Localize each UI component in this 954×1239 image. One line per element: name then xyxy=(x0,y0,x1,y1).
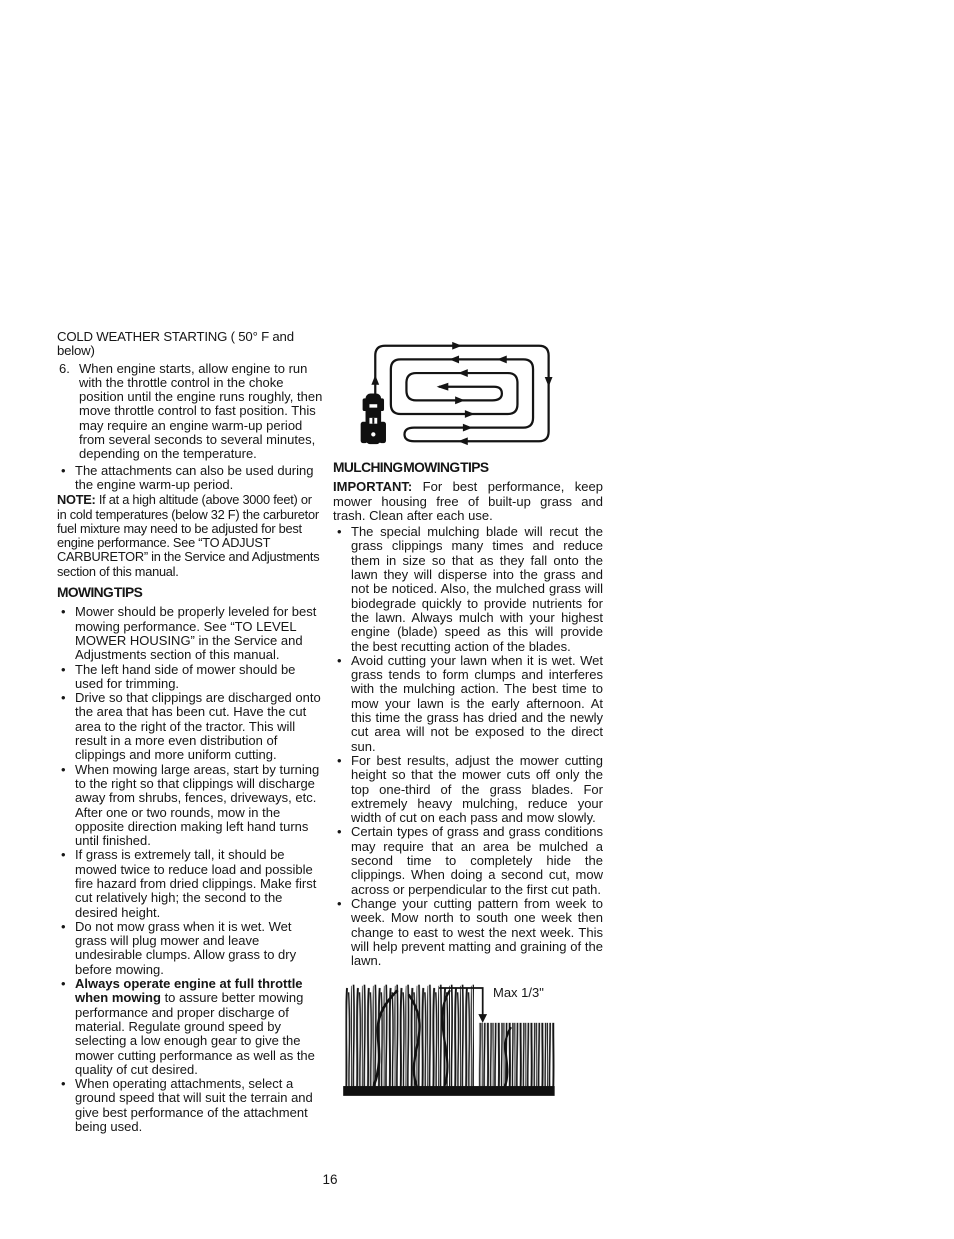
grass-height-figure: Max 1/3" xyxy=(341,977,559,1097)
list-item: The special mulching blade will recut th… xyxy=(333,525,603,654)
tractor-icon xyxy=(361,394,386,445)
cold-weather-heading: COLD WEATHER STARTING ( 50° F and below) xyxy=(57,330,323,359)
cold-weather-bullets: The attachments can also be used during … xyxy=(57,464,323,493)
note-text: If at a high altitude (above 3000 feet) … xyxy=(57,492,319,578)
mowing-pattern-figure xyxy=(351,338,569,450)
mowing-tips-heading: MOWING TIPS xyxy=(57,586,323,600)
numbered-step: 6. When engine starts, allow engine to r… xyxy=(57,362,323,462)
left-column: COLD WEATHER STARTING ( 50° F and below)… xyxy=(57,330,323,1134)
cut-grass xyxy=(478,1023,554,1091)
page-number: 16 xyxy=(300,1172,360,1187)
bullet-text: Mower should be properly leveled for bes… xyxy=(75,604,316,662)
bullet-text: If grass is extremely tall, it should be… xyxy=(75,847,316,919)
tall-grass xyxy=(345,985,474,1091)
list-item-full-throttle: Always operate engine at full throttle w… xyxy=(57,977,323,1077)
note-paragraph: NOTE: If at a high altitude (above 3000 … xyxy=(57,493,323,579)
soil-band xyxy=(343,1086,554,1096)
bullet-text: Drive so that clippings are discharged o… xyxy=(75,690,321,762)
bullet-text: Change your cutting pattern from week to… xyxy=(351,896,603,968)
bullet-text: The attachments can also be used during … xyxy=(75,463,313,492)
list-item: When mowing large areas, start by turnin… xyxy=(57,763,323,849)
mowing-tips-list: Mower should be properly leveled for bes… xyxy=(57,605,323,1134)
list-item: Certain types of grass and grass conditi… xyxy=(333,825,603,896)
bullet-text: Certain types of grass and grass conditi… xyxy=(351,824,603,896)
list-item: The left hand side of mower should be us… xyxy=(57,663,323,692)
important-label: IMPORTANT: xyxy=(333,479,412,494)
bullet-text: When operating attachments, select a gro… xyxy=(75,1076,313,1134)
important-paragraph: IMPORTANT: For best performance, keep mo… xyxy=(333,480,603,523)
mulching-tips-list: The special mulching blade will recut th… xyxy=(333,525,603,968)
step-text: When engine starts, allow engine to run … xyxy=(79,361,322,462)
bullet-item: The attachments can also be used during … xyxy=(57,464,323,493)
mulching-tips-heading: MULCHING MOWING TIPS xyxy=(333,461,603,475)
manual-page: COLD WEATHER STARTING ( 50° F and below)… xyxy=(0,0,954,1239)
list-item: Change your cutting pattern from week to… xyxy=(333,897,603,968)
list-item: Mower should be properly leveled for bes… xyxy=(57,605,323,662)
note-label: NOTE: xyxy=(57,492,96,507)
max-cut-label: Max 1/3" xyxy=(493,986,544,1000)
bullet-text: Do not mow grass when it is wet. Wet gra… xyxy=(75,919,296,977)
mowing-pattern-diagram xyxy=(351,338,569,450)
list-item: Drive so that clippings are discharged o… xyxy=(57,691,323,762)
list-item: For best results, adjust the mower cutti… xyxy=(333,754,603,825)
list-item: Do not mow grass when it is wet. Wet gra… xyxy=(57,920,323,977)
bullet-text: The special mulching blade will recut th… xyxy=(351,524,603,653)
cold-weather-steps: 6. When engine starts, allow engine to r… xyxy=(57,362,323,462)
bullet-text: For best results, adjust the mower cutti… xyxy=(351,753,603,825)
step-number: 6. xyxy=(59,362,70,376)
bullet-text: When mowing large areas, start by turnin… xyxy=(75,762,319,848)
right-column: MULCHING MOWING TIPS IMPORTANT: For best… xyxy=(333,338,603,1097)
list-item: If grass is extremely tall, it should be… xyxy=(57,848,323,919)
direction-arrows xyxy=(371,342,552,445)
mowing-path xyxy=(375,346,548,441)
list-item: Avoid cutting your lawn when it is wet. … xyxy=(333,654,603,754)
bullet-text: Avoid cutting your lawn when it is wet. … xyxy=(351,653,603,754)
bullet-text: The left hand side of mower should be us… xyxy=(75,662,295,691)
list-item: When operating attachments, select a gro… xyxy=(57,1077,323,1134)
